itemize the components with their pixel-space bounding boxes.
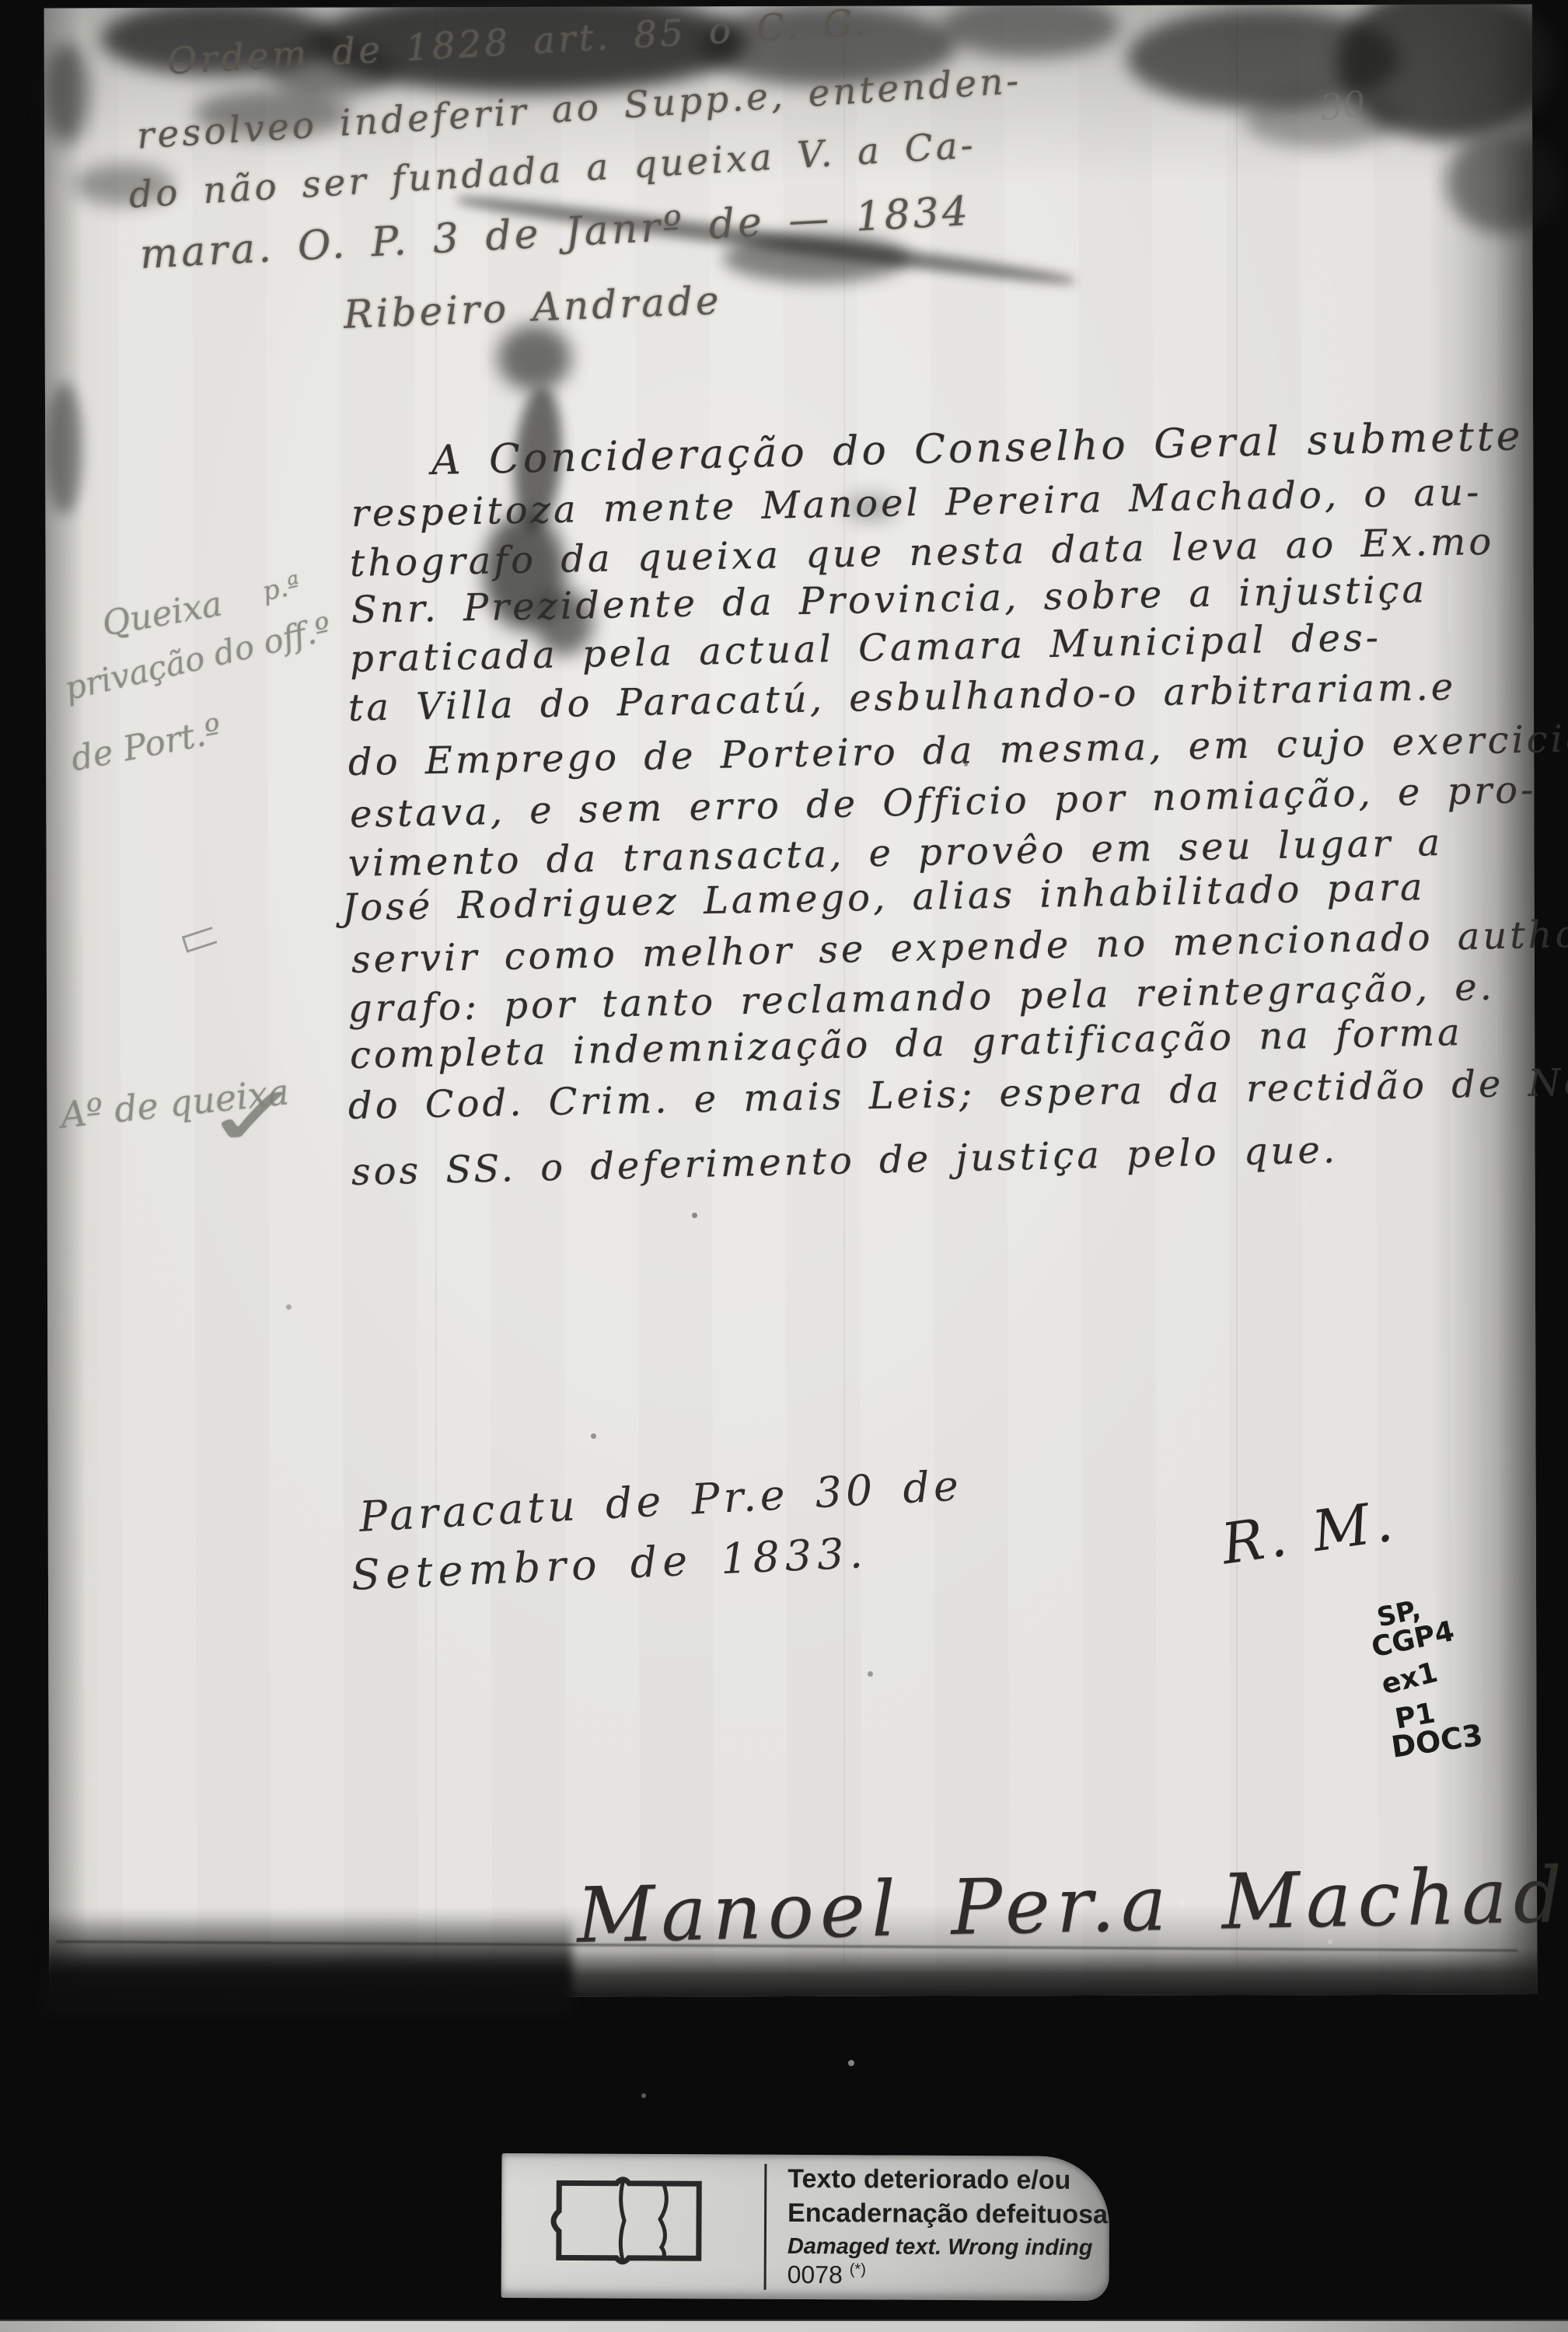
ink-blot [498, 325, 571, 391]
folio-number: 30 [1318, 82, 1367, 129]
open-book-icon [547, 2166, 712, 2277]
scanned-document: 30 Ordem de 1828 art. 85 o C. G. resolve… [0, 0, 1568, 2332]
edge-stain [45, 43, 89, 144]
stamp-number: 0078 (*) [787, 2260, 866, 2290]
ink-stain [1446, 132, 1563, 233]
stamp-number-value: 0078 [787, 2260, 843, 2288]
stamp-text-en: Damaged text. Wrong inding [787, 2234, 1093, 2261]
checkmark: ✓ [197, 1067, 312, 1166]
ink-specks [0, 0, 2, 2]
stamp-card: Texto deteriorado e/ou Encadernação defe… [501, 2153, 1110, 2301]
stamp-text-pt-1: Texto deteriorado e/ou [787, 2164, 1070, 2196]
edge-stain [47, 382, 82, 515]
scanner-edge-strip [0, 2320, 1568, 2332]
stamp-text-pt-2: Encadernação defeituosa [787, 2198, 1108, 2230]
stamp-number-marker: (*) [850, 2261, 866, 2278]
stamp-divider [764, 2164, 767, 2290]
page-bottom-shadow [44, 1914, 572, 2015]
